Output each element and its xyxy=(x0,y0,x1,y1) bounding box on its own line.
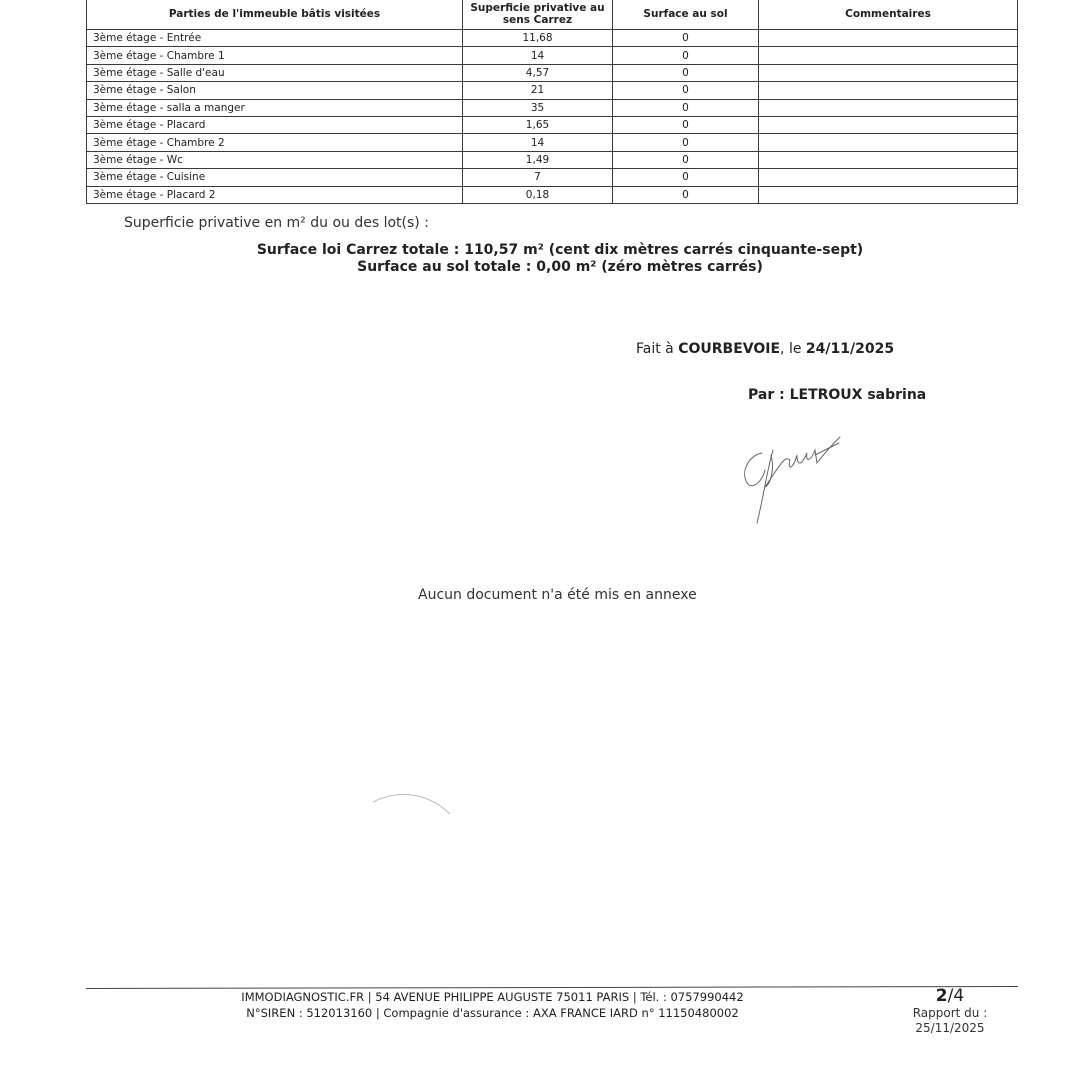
surface-table: Parties de l'immeuble bâtis visitées Sup… xyxy=(86,0,1018,204)
cell-comment xyxy=(759,116,1018,133)
header-comments: Commentaires xyxy=(759,0,1018,30)
table-row: 3ème étage - salla a manger350 xyxy=(87,99,1018,116)
report-label: Rapport du : xyxy=(895,1006,1005,1021)
sol-total: Surface au sol totale : 0,00 m² (zéro mè… xyxy=(0,259,1080,275)
fait-prefix: Fait à xyxy=(636,341,678,357)
footer-line-2: N°SIREN : 512013160 | Compagnie d'assura… xyxy=(200,1006,785,1020)
page-current: 2 xyxy=(936,986,948,1006)
cell-part: 3ème étage - Chambre 2 xyxy=(87,134,463,151)
cell-part: 3ème étage - Cuisine xyxy=(87,169,463,186)
cell-part: 3ème étage - salla a manger xyxy=(87,99,463,116)
cell-carrez: 21 xyxy=(463,82,613,99)
cell-comment xyxy=(759,151,1018,168)
cell-comment xyxy=(759,30,1018,47)
table-row: 3ème étage - Placard1,650 xyxy=(87,116,1018,133)
table-row: 3ème étage - Salon210 xyxy=(87,82,1018,99)
cell-carrez: 7 xyxy=(463,169,613,186)
footer-line-1: IMMODIAGNOSTIC.FR | 54 AVENUE PHILIPPE A… xyxy=(200,990,785,1004)
header-sol: Surface au sol xyxy=(613,0,759,30)
table-row: 3ème étage - Placard 20,180 xyxy=(87,186,1018,203)
cell-part: 3ème étage - Salon xyxy=(87,82,463,99)
signature-image xyxy=(735,425,845,530)
cell-part: 3ème étage - Wc xyxy=(87,151,463,168)
cell-sol: 0 xyxy=(613,169,759,186)
table-row: 3ème étage - Chambre 2140 xyxy=(87,134,1018,151)
carrez-total: Surface loi Carrez totale : 110,57 m² (c… xyxy=(0,242,1080,258)
cell-comment xyxy=(759,134,1018,151)
cell-sol: 0 xyxy=(613,47,759,64)
date-prefix: , le xyxy=(780,341,806,357)
header-carrez: Superficie privative au sens Carrez xyxy=(463,0,613,30)
cell-carrez: 35 xyxy=(463,99,613,116)
cell-sol: 0 xyxy=(613,134,759,151)
city: COURBEVOIE xyxy=(678,341,780,357)
scan-mark xyxy=(370,788,455,818)
cell-carrez: 4,57 xyxy=(463,64,613,81)
table-row: 3ème étage - Salle d'eau4,570 xyxy=(87,64,1018,81)
footer-rule xyxy=(86,986,1018,989)
annexe-note: Aucun document n'a été mis en annexe xyxy=(418,587,697,603)
page-number: 2/4 xyxy=(900,986,1000,1006)
cell-sol: 0 xyxy=(613,116,759,133)
cell-carrez: 1,49 xyxy=(463,151,613,168)
sign-date: 24/11/2025 xyxy=(806,341,894,357)
page-total: /4 xyxy=(948,986,965,1006)
cell-comment xyxy=(759,47,1018,64)
cell-comment xyxy=(759,82,1018,99)
cell-sol: 0 xyxy=(613,186,759,203)
cell-comment xyxy=(759,169,1018,186)
cell-comment xyxy=(759,99,1018,116)
cell-part: 3ème étage - Entrée xyxy=(87,30,463,47)
signed-by: Par : LETROUX sabrina xyxy=(748,387,926,403)
cell-sol: 0 xyxy=(613,30,759,47)
table-row: 3ème étage - Chambre 1140 xyxy=(87,47,1018,64)
cell-part: 3ème étage - Salle d'eau xyxy=(87,64,463,81)
table-header-row: Parties de l'immeuble bâtis visitées Sup… xyxy=(87,0,1018,30)
cell-comment xyxy=(759,186,1018,203)
cell-carrez: 11,68 xyxy=(463,30,613,47)
cell-part: 3ème étage - Placard 2 xyxy=(87,186,463,203)
cell-carrez: 14 xyxy=(463,134,613,151)
cell-part: 3ème étage - Chambre 1 xyxy=(87,47,463,64)
cell-carrez: 14 xyxy=(463,47,613,64)
cell-part: 3ème étage - Placard xyxy=(87,116,463,133)
cell-sol: 0 xyxy=(613,99,759,116)
table-row: 3ème étage - Cuisine70 xyxy=(87,169,1018,186)
cell-comment xyxy=(759,64,1018,81)
fait-a-line: Fait à COURBEVOIE, le 24/11/2025 xyxy=(636,341,894,357)
table-row: 3ème étage - Entrée11,680 xyxy=(87,30,1018,47)
report-date-block: Rapport du : 25/11/2025 xyxy=(895,1006,1005,1036)
cell-sol: 0 xyxy=(613,151,759,168)
cell-carrez: 1,65 xyxy=(463,116,613,133)
cell-sol: 0 xyxy=(613,82,759,99)
superficie-label: Superficie privative en m² du ou des lot… xyxy=(124,215,429,231)
report-date: 25/11/2025 xyxy=(895,1021,1005,1036)
cell-sol: 0 xyxy=(613,64,759,81)
header-parts: Parties de l'immeuble bâtis visitées xyxy=(87,0,463,30)
cell-carrez: 0,18 xyxy=(463,186,613,203)
table-row: 3ème étage - Wc1,490 xyxy=(87,151,1018,168)
